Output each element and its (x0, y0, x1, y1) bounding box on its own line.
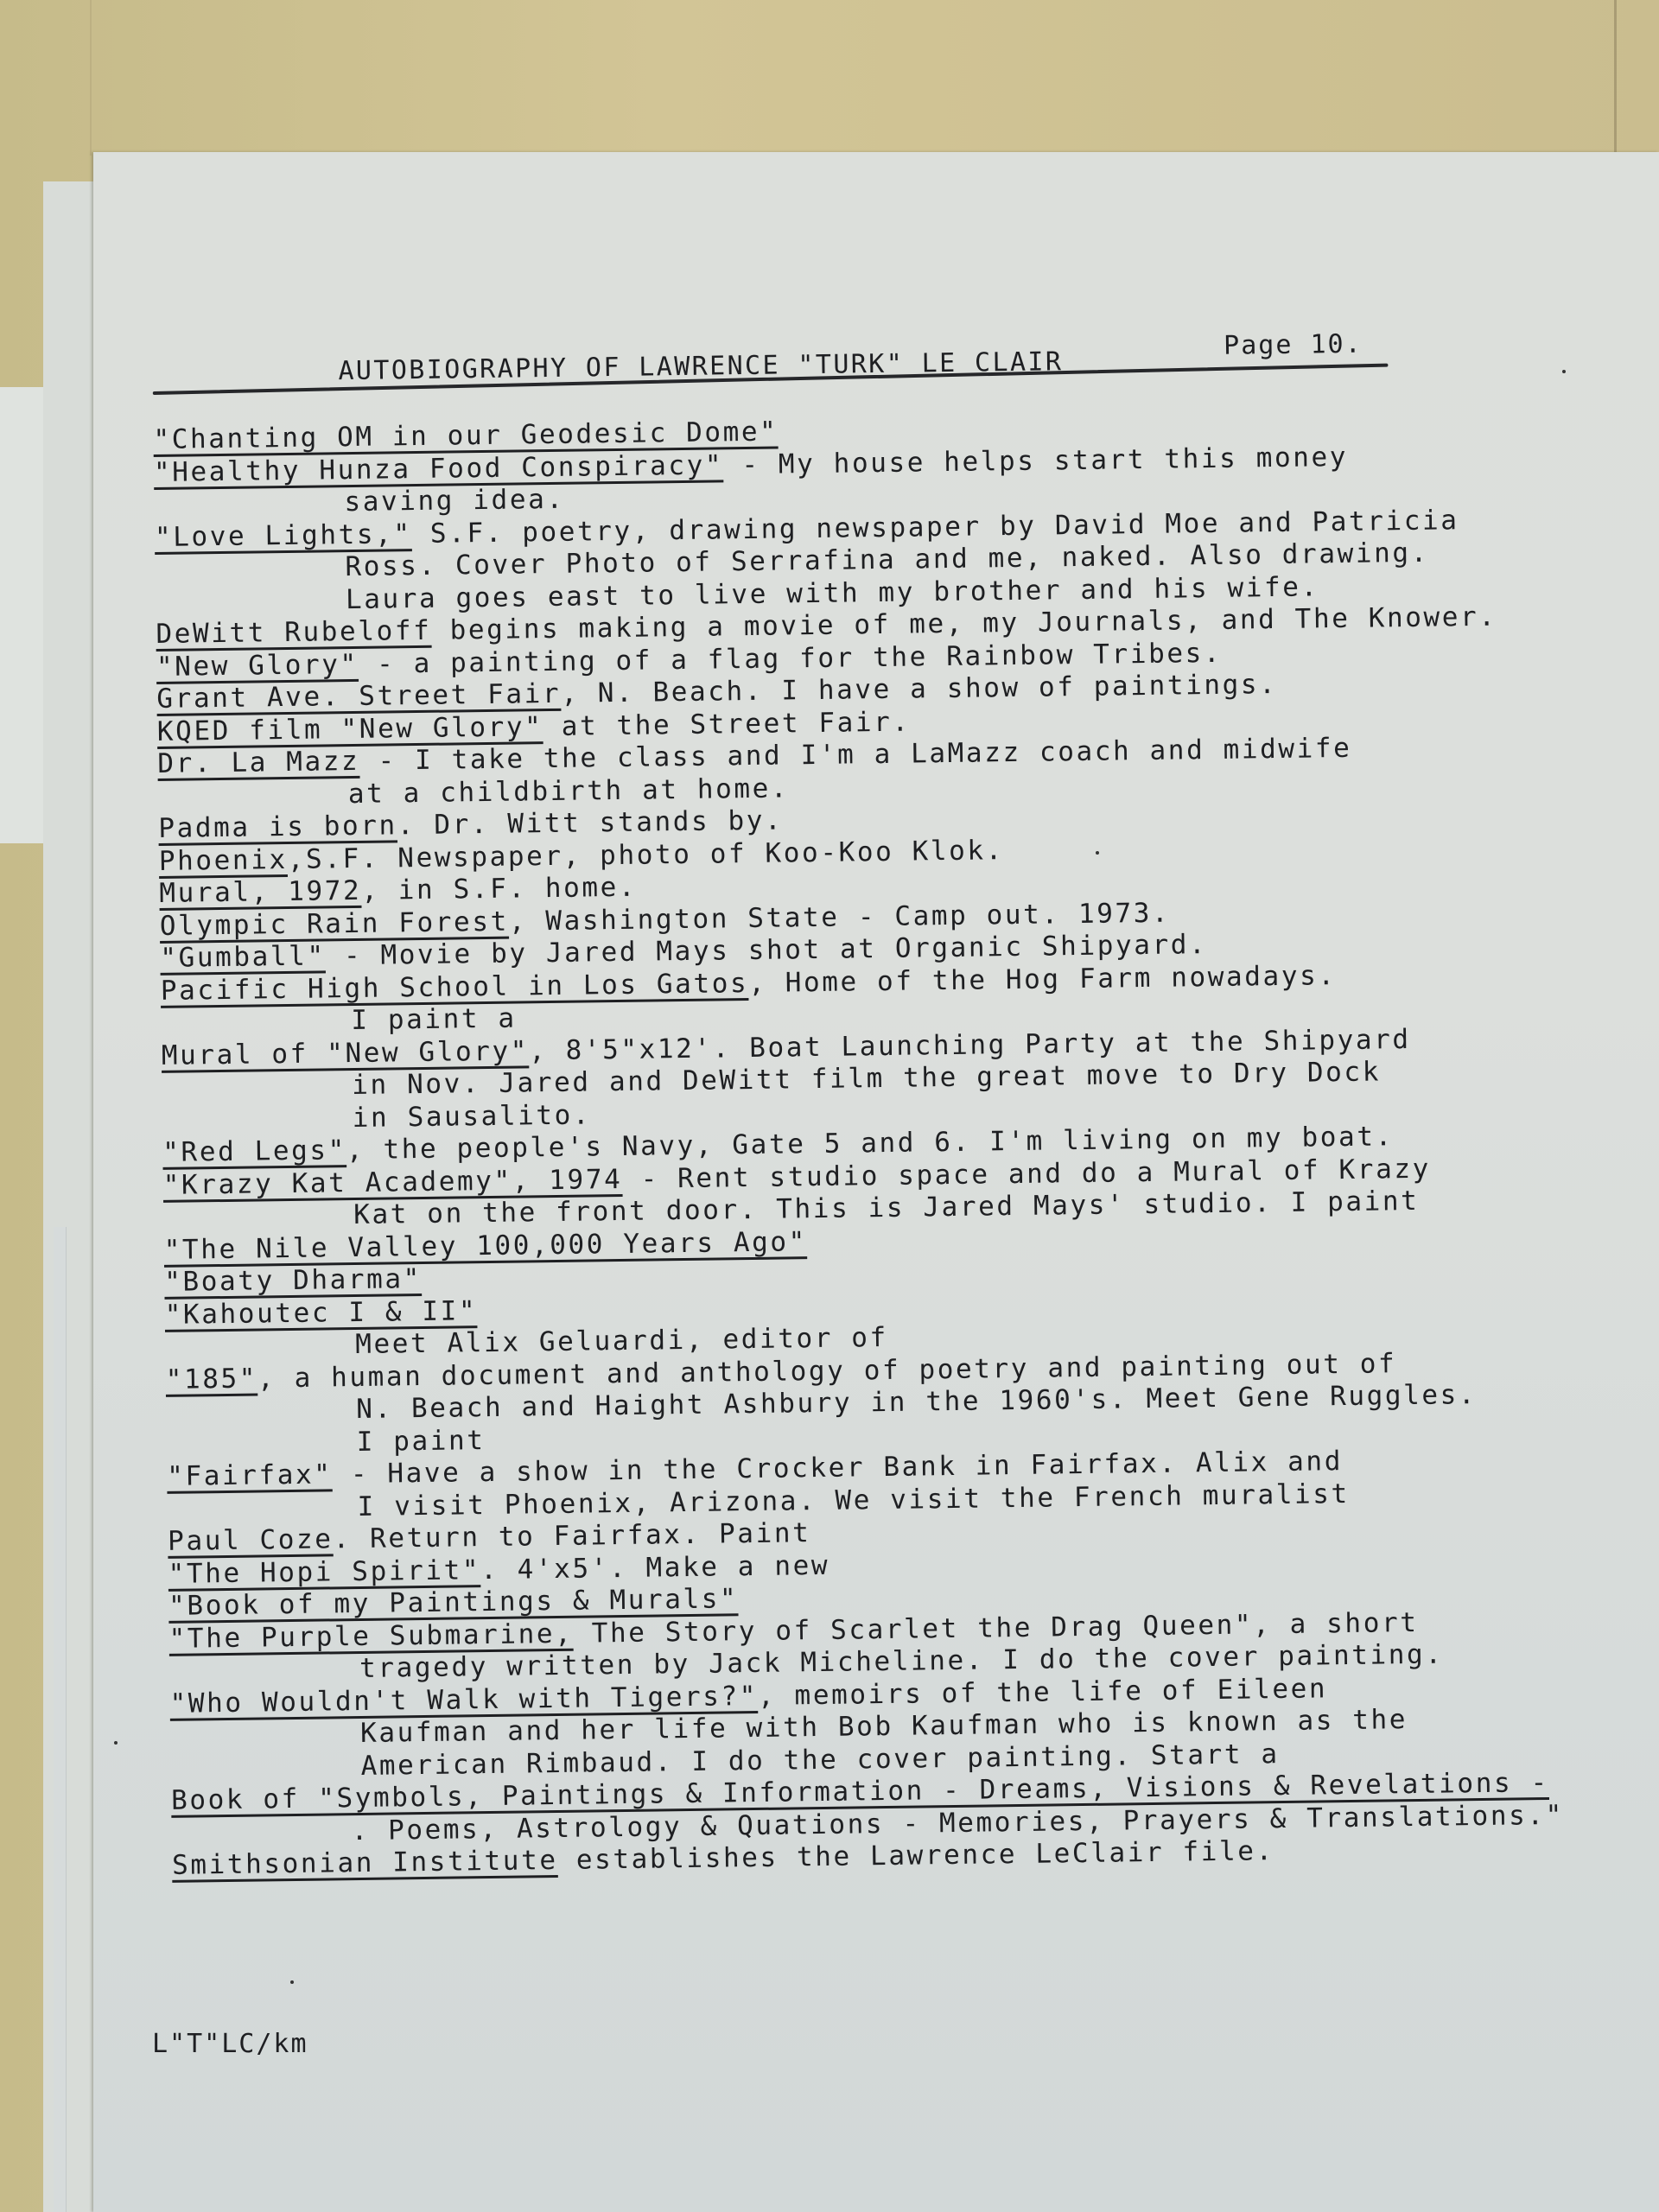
underlined-title: "Healthy Hunza Food Conspiracy" (154, 449, 724, 488)
underlined-title: Pacific High School in Los Gatos (161, 968, 749, 1007)
underlined-title: Padma is born (158, 810, 397, 844)
underlined-title: "New Glory" (156, 648, 359, 682)
ink-speck (290, 1980, 294, 1984)
ink-speck (1562, 370, 1566, 373)
underlined-title: Paul Coze (168, 1523, 334, 1557)
underlined-title: "Boaty Dharma" (164, 1263, 422, 1298)
line-text: at a childbirth at home. (348, 772, 790, 810)
underlined-title: "Love Lights," (155, 518, 412, 553)
footer-initials: L"T"LC/km (152, 2029, 308, 2059)
underlined-title: "Fairfax" (167, 1459, 333, 1492)
line-text: in Sausalito. (353, 1099, 592, 1134)
underlined-title: Mural, 1972 (159, 875, 361, 909)
underlined-title: Phoenix (159, 844, 288, 877)
underlined-title: Dr. La Mazz (157, 746, 359, 779)
line-text: I paint a (351, 1003, 517, 1037)
underlined-title: Mural of "New Glory" (162, 1035, 530, 1071)
paper-edge (54, 1227, 67, 2212)
line-text: saving idea. (344, 484, 565, 518)
line-text: Meet Alix Geluardi, editor of (355, 1322, 888, 1360)
underlined-title: "Red Legs" (162, 1135, 346, 1168)
underlined-title: "185" (165, 1363, 257, 1395)
underlined-title: "The Hopi Spirit" (168, 1554, 480, 1590)
page-number: Page 10. (1224, 329, 1363, 361)
underlined-title: KQED film "New Glory" (157, 711, 543, 747)
ink-speck (1096, 851, 1099, 855)
line-text: at the Street Fair. (543, 706, 911, 742)
underlined-title: Olympic Rain Forest (160, 906, 509, 941)
board-seam (90, 0, 92, 156)
line-text: . Dr. Witt stands by. (397, 804, 784, 841)
line-text: , Home of the Hog Farm nowadays. (748, 960, 1337, 999)
underlined-title: Smithsonian Institute (172, 1845, 558, 1881)
underlined-title: "Krazy Kat Academy", 1974 (163, 1163, 623, 1200)
line-text: , in S.F. home. (361, 872, 637, 906)
underlined-title: DeWitt Rubeloff (156, 615, 431, 650)
board-seam (1614, 0, 1617, 160)
line-text: . 4'x5'. Make a new (480, 1549, 829, 1585)
ink-speck (114, 1741, 118, 1745)
line-text: I paint (356, 1425, 485, 1458)
typewritten-document: AUTOBIOGRAPHY OF LAWRENCE "TURK" LE CLAI… (152, 322, 1641, 1883)
line-text: . Return to Fairfax. Paint (333, 1517, 810, 1554)
underlined-title: "Gumball" (160, 940, 326, 974)
entries-list: "Chanting OM in our Geodesic Dome""Healt… (153, 405, 1641, 1883)
underlined-title: Grant Ave. Street Fair (156, 678, 561, 715)
underlined-title: "Kahoutec I & II" (165, 1295, 478, 1331)
underlined-title: "The Purple Submarine, (168, 1618, 573, 1654)
